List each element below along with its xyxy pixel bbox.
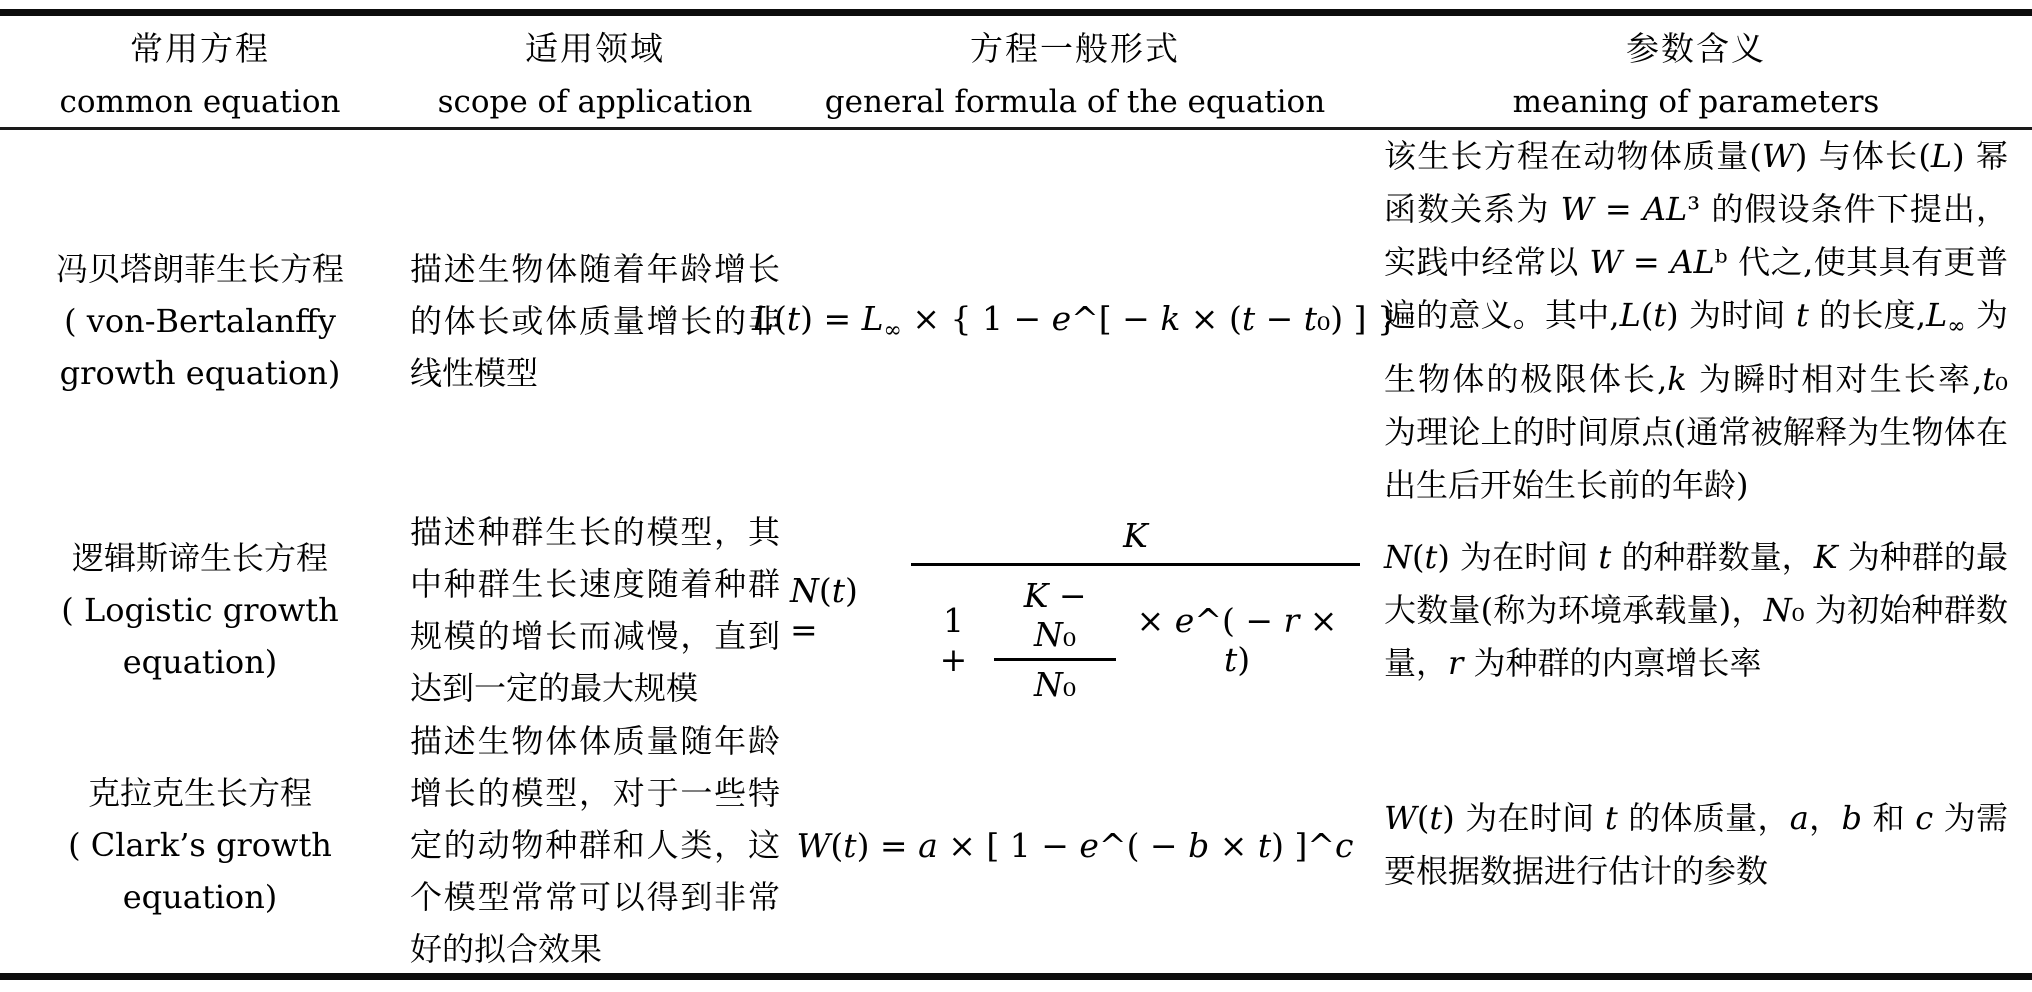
header-zh-label: 参数含义 <box>1626 23 1766 70</box>
formula-cell: N(t) = K 1 + K − N₀ N₀ × e^( − r × t) <box>790 505 1360 715</box>
equation-name-en: ( Clark’s growth equation) <box>0 819 400 923</box>
table-header-row: 常用方程 common equation 适用领域 scope of appli… <box>0 16 2032 127</box>
logistic-formula-lhs: N(t) = <box>790 571 887 649</box>
params-cell: 该生长方程在动物体质量(W) 与体长(L) 幂函数关系为 W = AL³ 的假设… <box>1360 130 2032 512</box>
header-en-label: common equation <box>60 84 341 120</box>
equation-name-en: growth equation) <box>60 347 341 399</box>
params-cell: N(t) 为在时间 t 的种群数量，K 为种群的最大数量(称为环境承载量)，N₀… <box>1360 505 2032 715</box>
logistic-fraction: K 1 + K − N₀ N₀ × e^( − r × t) <box>911 516 1360 704</box>
top-margin <box>0 0 2032 9</box>
fraction-denominator: 1 + K − N₀ N₀ × e^( − r × t) <box>911 563 1360 704</box>
denominator-suffix: × e^( − r × t) <box>1130 601 1344 679</box>
table-row-clarks: 克拉克生长方程 ( Clark’s growth equation) 描述生物体… <box>0 715 2032 973</box>
equation-name-cell: 逻辑斯谛生长方程 ( Logistic growth equation) <box>0 505 400 715</box>
equation-name-zh: 克拉克生长方程 <box>88 767 312 819</box>
header-general-formula: 方程一般形式 general formula of the equation <box>790 16 1360 127</box>
header-zh-label: 适用领域 <box>525 23 665 70</box>
header-scope: 适用领域 scope of application <box>400 16 790 127</box>
table-top-rule <box>0 9 2032 16</box>
formula-cell: W(t) = a × [ 1 − e^( − b × t) ]^c <box>790 715 1360 975</box>
equation-name-en: ( Logistic growth equation) <box>0 584 400 688</box>
scope-text: 描述种群生长的模型，其中种群生长速度随着种群规模的增长而减慢，直到达到一定的最大… <box>410 506 780 714</box>
scope-text: 描述生物体体质量随年龄增长的模型，对于一些特定的动物种群和人类，这个模型常常可以… <box>410 715 780 975</box>
scope-text: 描述生物体随着年龄增长的体长或体质量增长的非线性模型 <box>410 243 780 399</box>
scope-cell: 描述种群生长的模型，其中种群生长速度随着种群规模的增长而减慢，直到达到一定的最大… <box>400 505 790 715</box>
formula-cell: L(t) = L∞ × { 1 − e^[ − k × (t − t₀) ] } <box>790 130 1360 512</box>
table-row-von-bertalanffy: 冯贝塔朗菲生长方程 ( von-Bertalanffy growth equat… <box>0 130 2032 505</box>
equation-name-zh: 冯贝塔朗菲生长方程 <box>56 243 344 295</box>
params-text: W(t) 为在时间 t 的体质量，a，b 和 c 为需要根据数据进行估计的参数 <box>1384 792 2008 898</box>
header-en-label: meaning of parameters <box>1513 84 1880 120</box>
inner-fraction-denominator: N₀ <box>994 658 1116 704</box>
fraction-numerator: K <box>911 516 1360 563</box>
header-zh-label: 常用方程 <box>130 23 270 70</box>
scope-cell: 描述生物体随着年龄增长的体长或体质量增长的非线性模型 <box>400 130 790 512</box>
header-zh-label: 方程一般形式 <box>970 23 1180 70</box>
table-row-logistic: 逻辑斯谛生长方程 ( Logistic growth equation) 描述种… <box>0 505 2032 715</box>
growth-equations-table: 常用方程 common equation 适用领域 scope of appli… <box>0 0 2032 992</box>
scope-cell: 描述生物体体质量随年龄增长的模型，对于一些特定的动物种群和人类，这个模型常常可以… <box>400 715 790 975</box>
header-en-label: scope of application <box>438 84 753 120</box>
header-en-label: general formula of the equation <box>825 84 1325 120</box>
inner-fraction: K − N₀ N₀ <box>994 576 1116 704</box>
clarks-formula: W(t) = a × [ 1 − e^( − b × t) ]^c <box>797 826 1354 865</box>
equation-name-cell: 克拉克生长方程 ( Clark’s growth equation) <box>0 715 400 975</box>
denominator-prefix: 1 + <box>927 601 980 679</box>
equation-name-cell: 冯贝塔朗菲生长方程 ( von-Bertalanffy growth equat… <box>0 130 400 512</box>
params-text: 该生长方程在动物体质量(W) 与体长(L) 幂函数关系为 W = AL³ 的假设… <box>1384 130 2008 512</box>
inner-fraction-numerator: K − N₀ <box>994 576 1116 658</box>
params-text: N(t) 为在时间 t 的种群数量，K 为种群的最大数量(称为环境承载量)，N₀… <box>1384 531 2008 690</box>
params-cell: W(t) 为在时间 t 的体质量，a，b 和 c 为需要根据数据进行估计的参数 <box>1360 715 2032 975</box>
equation-name-zh: 逻辑斯谛生长方程 <box>72 532 328 584</box>
equation-name-en: ( von-Bertalanffy <box>64 295 336 347</box>
header-parameters: 参数含义 meaning of parameters <box>1360 16 2032 127</box>
von-bertalanffy-formula: L(t) = L∞ × { 1 − e^[ − k × (t − t₀) ] } <box>752 299 1398 343</box>
header-common-equation: 常用方程 common equation <box>0 16 400 127</box>
